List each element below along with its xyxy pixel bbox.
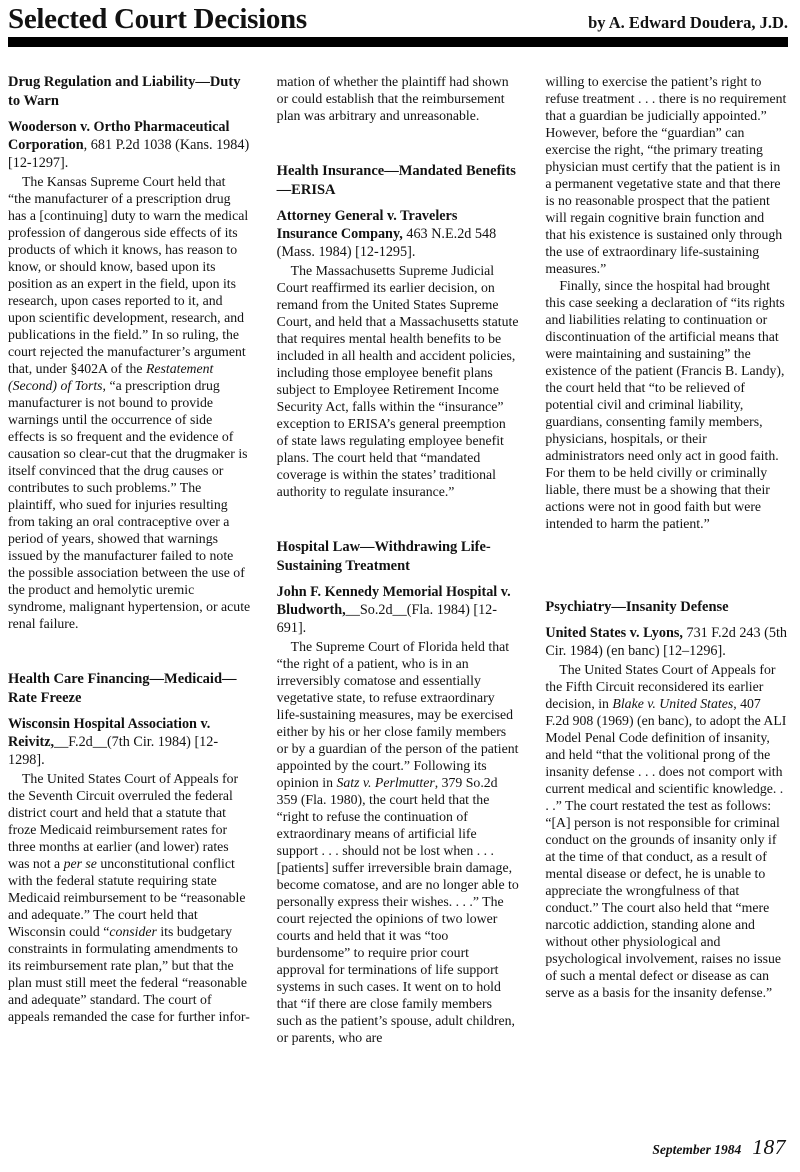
column-2: mation of whether the plaintiff had show… [277,73,520,1046]
text-run: The Kansas Supreme Court held that “the … [8,174,248,376]
case-citation: United States v. Lyons, 731 F.2d 243 (5t… [545,624,788,660]
text-run: willing to exercise the patient’s right … [545,74,786,276]
article-body: Drug Regulation and Liability—Duty to Wa… [8,47,788,1046]
page-number: 187 [752,1135,786,1160]
text-run: , 407 F.2d 908 (1969) (en banc), to adop… [545,696,786,1000]
section-heading: Psychiatry—Insanity Defense [545,598,788,617]
text-run: mation of whether the plaintiff had show… [277,74,509,123]
body-paragraph: The Massachusetts Supreme Judicial Court… [277,262,520,500]
body-paragraph: willing to exercise the patient’s right … [545,73,788,277]
text-run: The Massachusetts Supreme Judicial Court… [277,263,519,499]
case-citation: John F. Kennedy Memorial Hospital v. Blu… [277,583,520,637]
section-heading: Drug Regulation and Liability—Duty to Wa… [8,73,251,111]
case-citation: Wooderson v. Ortho Pharmaceutical Corpor… [8,118,251,172]
section-heading: Hospital Law—Withdrawing Life-Sustaining… [277,538,520,576]
page-footer: September 1984 187 [652,1135,786,1160]
text-run: Blake v. United States [612,696,733,711]
body-paragraph: The United States Court of Appeals for t… [8,770,251,1025]
body-paragraph: The Supreme Court of Florida held that “… [277,638,520,1046]
body-paragraph: The Kansas Supreme Court held that “the … [8,173,251,632]
text-run: consider [109,924,157,939]
text-run: Finally, since the hospital had brought … [545,278,784,531]
page-title: Selected Court Decisions [8,4,307,34]
masthead: Selected Court Decisions by A. Edward Do… [8,4,788,34]
body-paragraph: The United States Court of Appeals for t… [545,661,788,1001]
case-citation: Attorney General v. Travelers Insurance … [277,207,520,261]
text-run: Satz v. Perlmutter [336,775,434,790]
section-heading: Health Care Financing—Medicaid—Rate Free… [8,670,251,708]
text-run: The Supreme Court of Florida held that “… [277,639,519,790]
text-run: per se [64,856,97,871]
author-byline: by A. Edward Doudera, J.D. [588,13,788,33]
body-paragraph: Finally, since the hospital had brought … [545,277,788,532]
case-citation: Wisconsin Hospital Association v. Reivit… [8,715,251,769]
column-3: willing to exercise the patient’s right … [545,73,788,1046]
journal-page: Selected Court Decisions by A. Edward Do… [0,0,800,1168]
text-run: United States v. Lyons, [545,625,683,641]
masthead-rule [8,37,788,47]
issue-date: September 1984 [652,1142,741,1158]
body-paragraph: mation of whether the plaintiff had show… [277,73,520,124]
text-run: its budgetary constraints in formulating… [8,924,250,1024]
text-run: , 379 So.2d 359 (Fla. 1980), the court h… [277,775,519,1045]
section-heading: Health Insurance—Mandated Benefits—ERISA [277,162,520,200]
column-1: Drug Regulation and Liability—Duty to Wa… [8,73,251,1046]
text-run: , “a prescription drug manufacturer is n… [8,378,250,631]
